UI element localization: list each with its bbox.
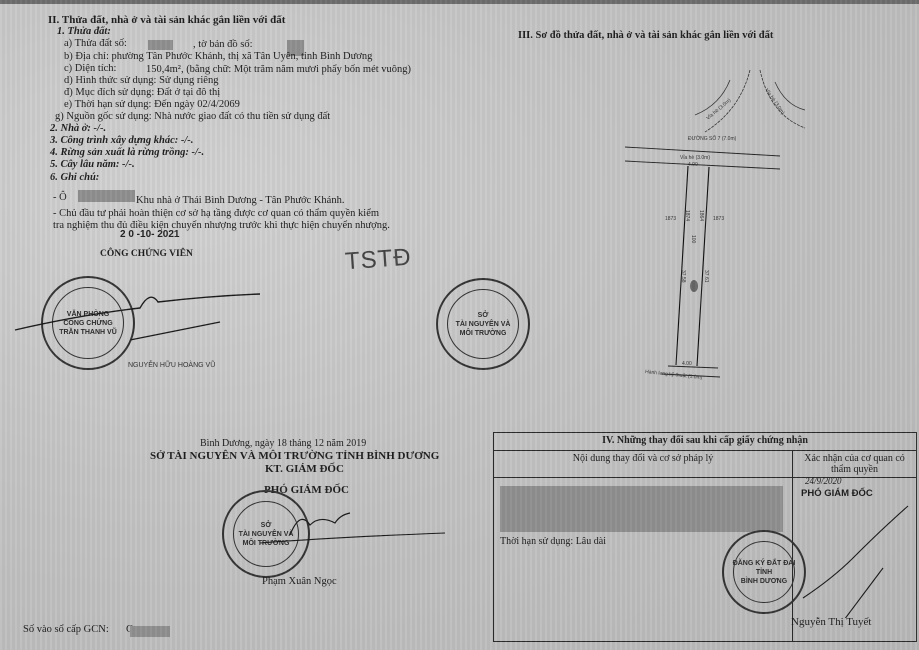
parcel-number: 100 bbox=[690, 235, 696, 244]
sidewalk-left-label: Vỉa hè (3.0m) bbox=[705, 97, 733, 122]
item6-notes: 6. Ghi chú: bbox=[50, 172, 99, 184]
area-label: c) Diện tích: bbox=[64, 63, 116, 75]
note1-text: Khu nhà ở Thái Bình Dương - Tân Phước Kh… bbox=[136, 195, 344, 207]
left-neighbor: 1873 bbox=[665, 216, 676, 222]
usage-term: e) Thời hạn sử dụng: Đến ngày 02/4/2069 bbox=[64, 99, 240, 111]
left-length: 37.58 bbox=[680, 270, 686, 283]
confirm-signer: Nguyễn Thị Tuyết bbox=[791, 616, 871, 628]
usage-form: d) Hình thức sử dụng: Sử dụng riêng bbox=[64, 75, 218, 87]
note2-line2: tra nghiệm thu đủ điều kiện chuyển nhượn… bbox=[53, 220, 390, 232]
front-width-label: 4.00 bbox=[688, 162, 698, 168]
redacted-parcel-number bbox=[148, 40, 173, 50]
usage-term-change: Thời hạn sử dụng: Lâu dài bbox=[500, 536, 606, 547]
section4-title: IV. Những thay đổi sau khi cấp giấy chứn… bbox=[494, 433, 917, 451]
notary-name: NGUYỄN HỮU HOÀNG VŨ bbox=[128, 362, 215, 369]
usage-purpose: đ) Mục đích sử dụng: Đất ở tại đô thị bbox=[64, 87, 220, 99]
signer-name: Phạm Xuân Ngọc bbox=[262, 576, 337, 587]
redacted-change-content bbox=[500, 486, 783, 532]
land-certificate-page: II. Thửa đất, nhà ở và tài sản khác gắn … bbox=[0, 0, 919, 650]
handwritten-mark: TSTĐ bbox=[344, 244, 412, 277]
item4-forest: 4. Rừng sản xuất là rừng trồng: -/-. bbox=[50, 147, 204, 159]
item3-construction: 3. Công trình xây dựng khác: -/-. bbox=[50, 135, 193, 147]
sidewalk-top-label: Vỉa hè (3.0m) bbox=[680, 154, 710, 161]
parcel-diagram: Vỉa hè (3.0m) Vỉa hè (3.0m) ĐƯỜNG SỐ 7 (… bbox=[600, 60, 820, 400]
road-label: ĐƯỜNG SỐ 7 (7.0m) bbox=[688, 135, 737, 142]
sidewalk-right-label: Vỉa hè (3.0m) bbox=[763, 87, 786, 116]
section3-stamp: SỞ TÀI NGUYÊN VÀ MÔI TRƯỜNG bbox=[436, 278, 530, 370]
address-line: b) Địa chỉ: phường Tân Phước Khánh, thị … bbox=[64, 51, 372, 63]
back-corridor-label: Hành lang kỹ thuật (1.0m) bbox=[645, 369, 703, 381]
back-width-label: 4.00 bbox=[682, 361, 692, 367]
parcel-right-id: 1864 bbox=[698, 210, 704, 221]
confirm-date: 24/9/2020 bbox=[805, 476, 842, 486]
section2-title: II. Thửa đất, nhà ở và tài sản khác gắn … bbox=[48, 14, 285, 26]
signing-date: Bình Dương, ngày 18 tháng 12 năm 2019 bbox=[200, 438, 366, 449]
notary-date-stamp: 2 0 -10- 2021 bbox=[120, 229, 180, 240]
issuing-agency: SỞ TÀI NGUYÊN VÀ MÔI TRƯỜNG TỈNH BÌNH DƯ… bbox=[150, 450, 439, 462]
registration-office-stamp: ĐĂNG KÝ ĐẤT ĐAI TỈNH BÌNH DƯƠNG bbox=[722, 530, 806, 614]
item1-label: 1. Thửa đất: bbox=[57, 26, 111, 38]
notary-signature bbox=[10, 280, 270, 360]
usage-origin: g) Nguồn gốc sử dụng: Nhà nước giao đất … bbox=[55, 111, 330, 123]
col-changes-header: Nội dung thay đổi và cơ sở pháp lý bbox=[494, 451, 793, 478]
right-neighbor: 1873 bbox=[713, 216, 724, 222]
kt-director: KT. GIÁM ĐỐC bbox=[265, 463, 344, 475]
notary-title: CÔNG CHỨNG VIÊN bbox=[100, 249, 193, 259]
right-length: 37.61 bbox=[703, 270, 709, 283]
section3-title: III. Sơ đồ thửa đất, nhà ở và tài sản kh… bbox=[518, 30, 773, 42]
map-sheet-label: , tờ bản đồ số: bbox=[193, 39, 253, 51]
note1-prefix: - Ô bbox=[53, 192, 67, 204]
deputy-signature bbox=[240, 505, 450, 555]
scan-edge bbox=[0, 0, 919, 4]
confirm-signature bbox=[793, 498, 913, 618]
confirmation-cell: 24/9/2020 PHÓ GIÁM ĐỐC Nguyễn Thị Tuyết bbox=[793, 478, 917, 642]
note2-line1: - Chủ đầu tư phải hoàn thiện cơ sở hạ tầ… bbox=[53, 208, 379, 220]
parcel-left-id: 1874 bbox=[684, 210, 690, 221]
item2-house: 2. Nhà ở: -/-. bbox=[50, 123, 106, 135]
changes-table: IV. Những thay đổi sau khi cấp giấy chứn… bbox=[493, 432, 917, 642]
registry-label: Số vào sổ cấp GCN: bbox=[23, 624, 109, 635]
redacted-registry-number bbox=[130, 626, 170, 637]
parcel-number-label: a) Thửa đất số: bbox=[64, 38, 127, 50]
item5-perennial: 5. Cây lâu năm: -/-. bbox=[50, 159, 135, 171]
redacted-lot bbox=[78, 190, 135, 202]
col-confirmation-header: Xác nhận của cơ quan có thẩm quyền bbox=[793, 451, 917, 478]
